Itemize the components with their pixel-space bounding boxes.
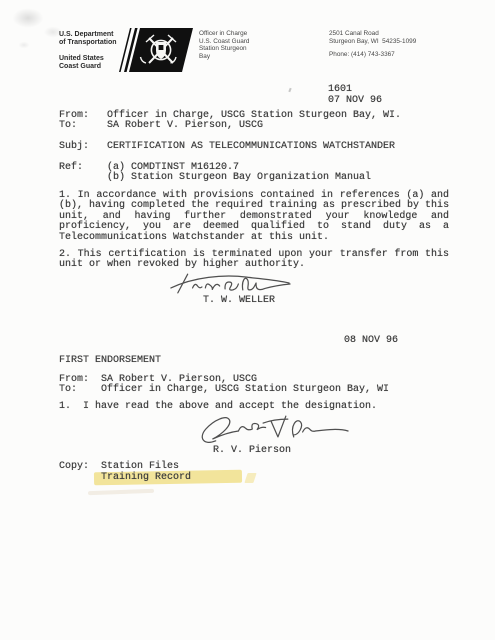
weller-signature [166,270,294,298]
scan-tick-mark [288,88,291,92]
memo-subject: Subj: CERTIFICATION AS TELECOMMUNICATION… [59,142,395,152]
endorsement-paragraph-1: 1. I have read the above and accept the … [59,402,377,412]
memo-references: Ref: (a) COMDTINST M16120.7 (b) Station … [59,163,371,184]
endorsement-signer-name: R. V. Pierson [213,446,291,456]
memo-signer-name: T. W. WELLER [203,296,275,306]
endorsement-from-to: From: SA Robert V. Pierson, USCG To: Off… [59,375,389,396]
endorsement-title: FIRST ENDORSEMENT [59,356,161,366]
letterhead-department: U.S. Department of Transportation [59,31,117,47]
letterhead-address: 2501 Canal Road Sturgeon Bay, WI 54235-1… [329,30,416,45]
scan-smudge [6,4,50,32]
scan-smudge [16,40,32,50]
memo-from-to: From: Officer in Charge, USCG Station St… [59,111,401,132]
file-number: 1601 [328,85,352,95]
endorsement-date: 08 NOV 96 [344,336,398,346]
copy-label: Copy: [59,462,89,472]
highlighter-mark-tail [244,473,256,483]
letterhead-service: United States Coast Guard [59,55,104,71]
pierson-signature [194,413,352,447]
uscg-logo [116,28,194,72]
copy-item-station-files: Station Files [101,462,179,472]
memo-paragraph-2: 2. This certification is terminated upon… [59,250,449,271]
scan-streak [88,489,154,495]
letterhead-phone: Phone: (414) 743-3367 [329,51,395,59]
memo-paragraph-1: 1. In accordance with provisions contain… [59,191,449,243]
scanned-memo-page: U.S. Department of Transportation United… [0,0,495,640]
memo-date: 07 NOV 96 [328,96,382,106]
emblem-shield-center [159,45,164,50]
copy-item-training-record: Training Record [101,473,191,483]
letterhead-office: Officer in Charge U.S. Coast Guard Stati… [199,30,249,60]
